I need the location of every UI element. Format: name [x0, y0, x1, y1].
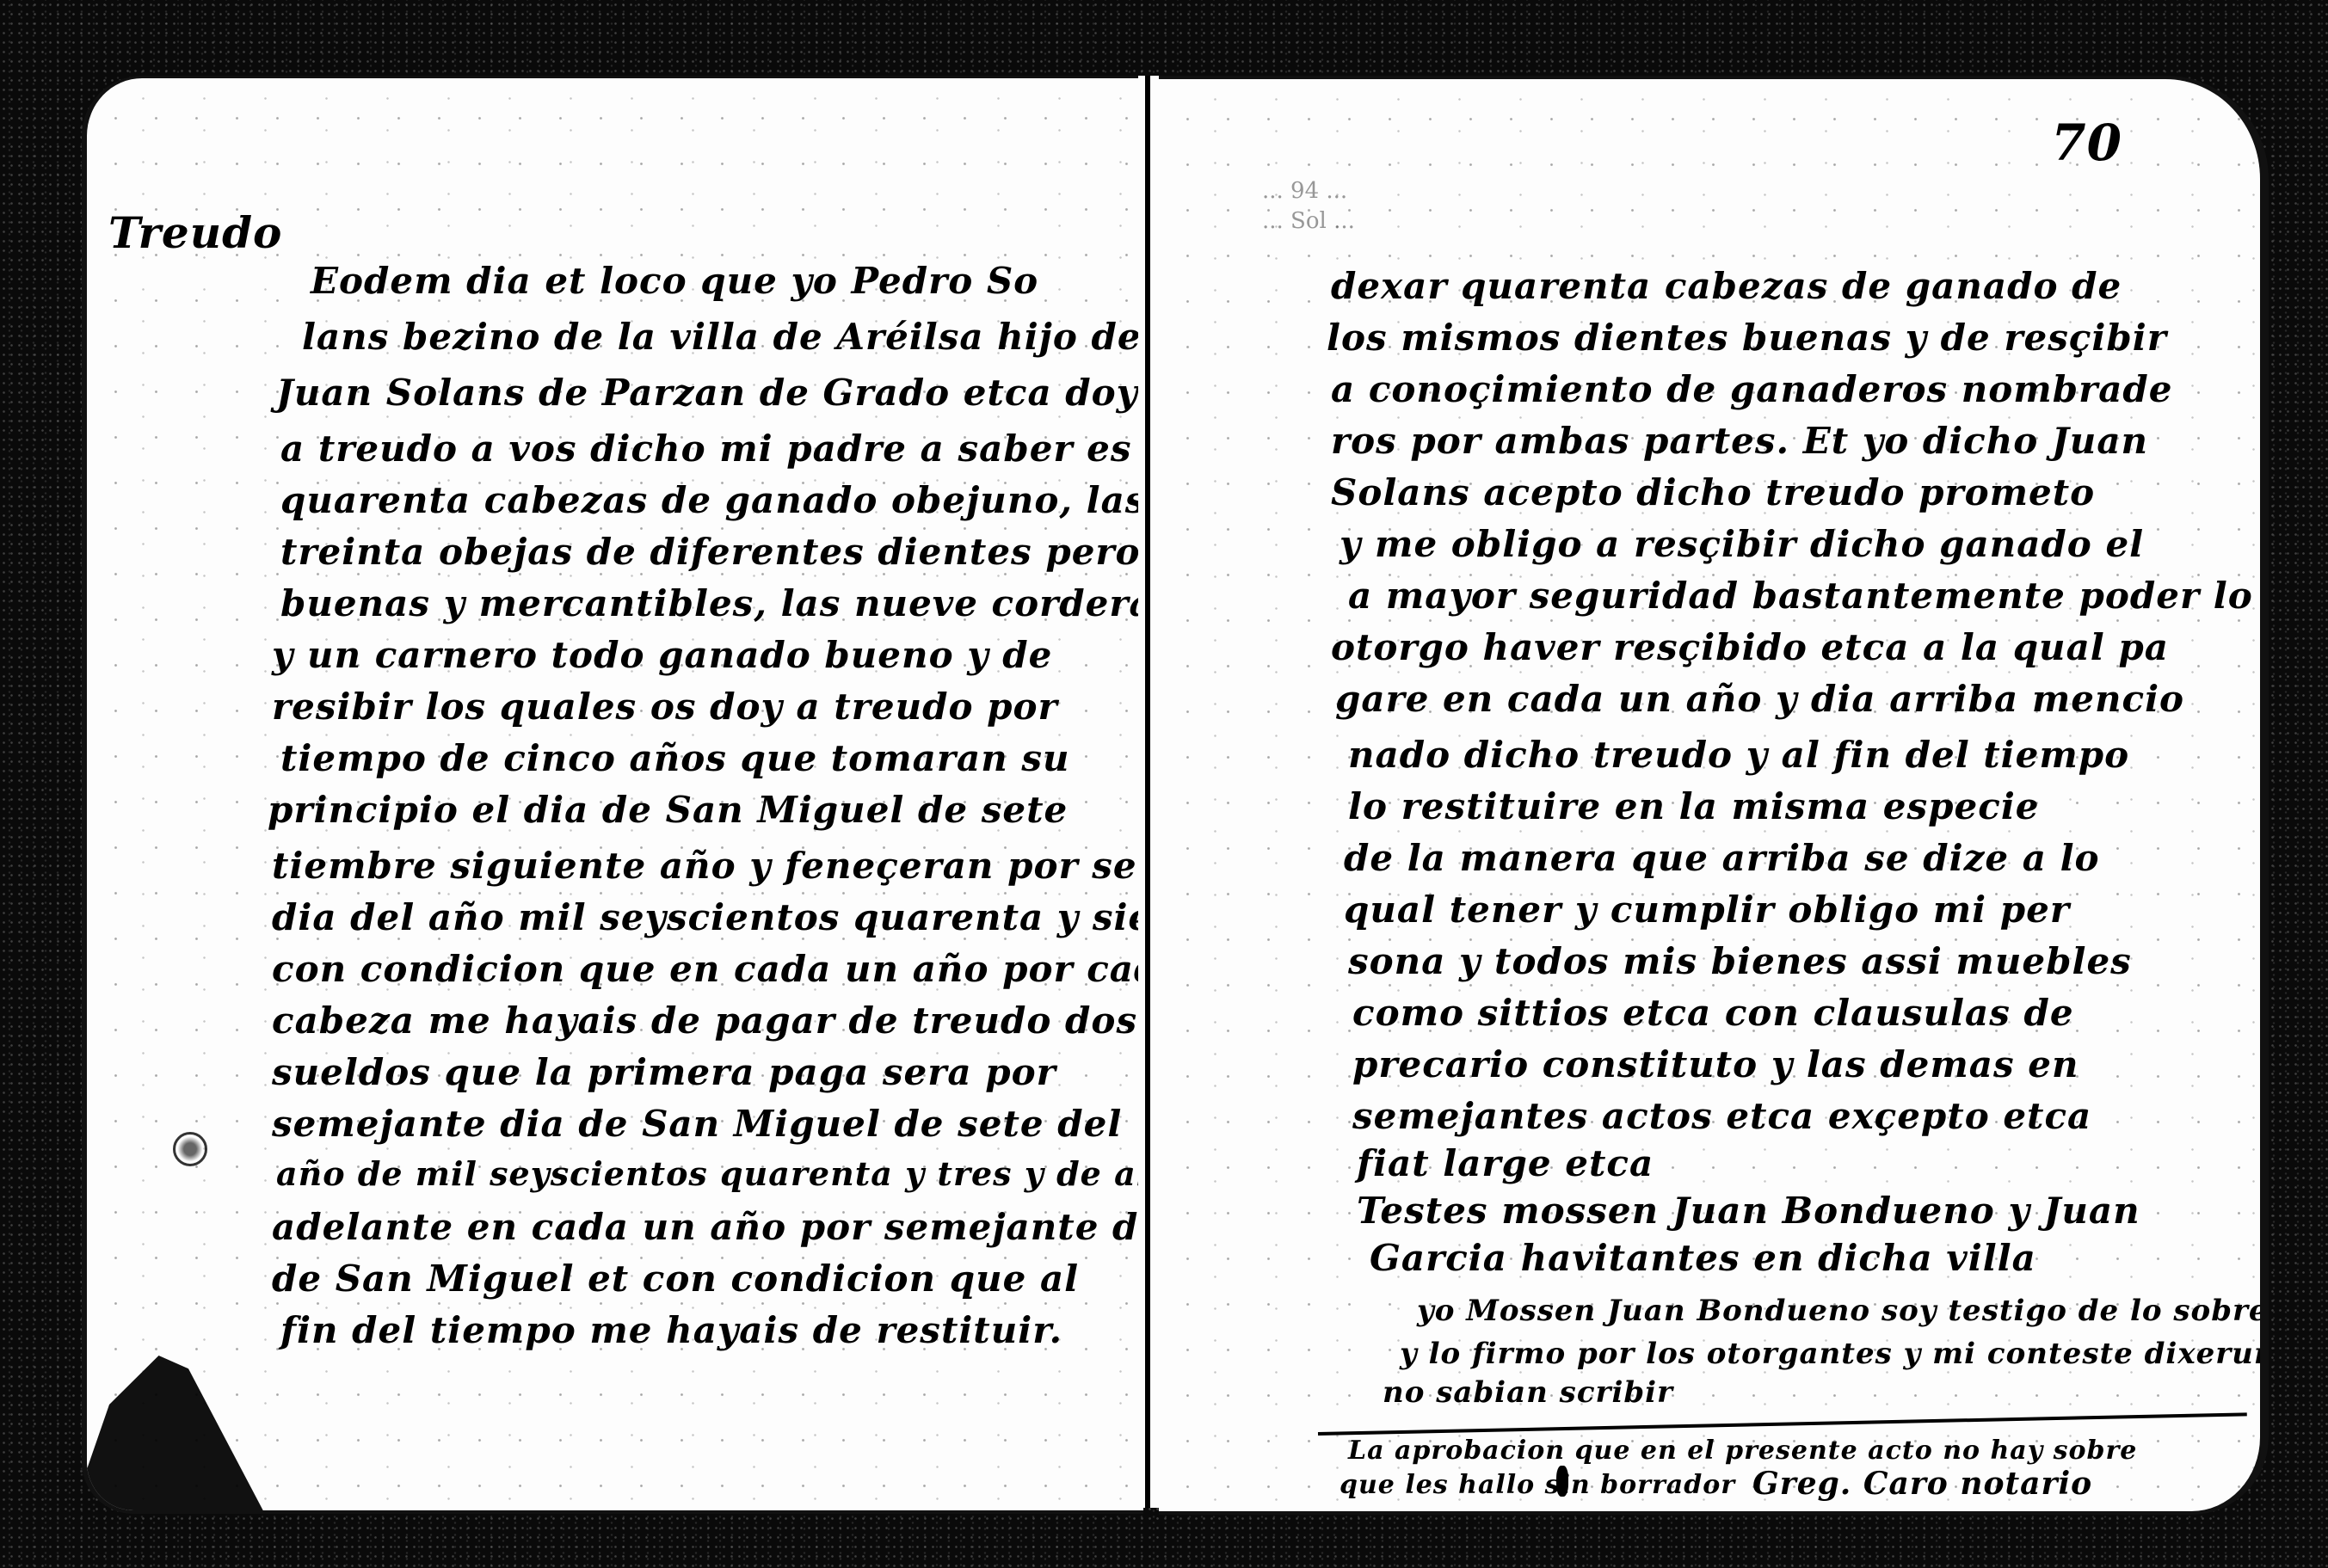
text-line: resibir los quales os doy a treudo por — [272, 689, 1058, 725]
text-line: dexar quarenta cabezas de ganado de — [1331, 268, 2122, 304]
text-line: fin del tiempo me hayais de restituir. — [280, 1313, 1062, 1349]
left-page: Treudo Eodem dia et loco que yo Pedro So… — [82, 76, 1143, 1514]
text-line: Juan Solans de Parzan de Grado etca doy — [276, 375, 1138, 411]
text-line: adelante en cada un año por semejante di… — [272, 1209, 1143, 1245]
text-line: gare en cada un año y dia arriba mencio — [1335, 681, 2184, 717]
text-line: ros por ambas partes. Et yo dicho Juan — [1331, 423, 2148, 459]
text-line: fiat large etca — [1357, 1146, 1654, 1182]
text-line: qual tener y cumplir obligo mi per — [1344, 892, 2070, 928]
text-line: como sittios etca con clausulas de — [1352, 995, 2074, 1031]
attestation-line: no sabian scribir — [1383, 1378, 1673, 1407]
ink-blot — [1556, 1466, 1568, 1497]
text-line: principio el dia de San Miguel de sete — [268, 792, 1068, 828]
text-line: y un carnero todo ganado bueno y de — [272, 637, 1052, 673]
left-page-text: Eodem dia et loco que yo Pedro So lans b… — [87, 78, 1143, 1510]
text-line: sueldos que la primera paga sera por — [272, 1055, 1056, 1091]
witnesses-line: Testes mossen Juan Bondueno y Juan — [1357, 1193, 2140, 1229]
text-line: de la manera que arriba se dize a lo — [1344, 840, 2100, 876]
text-line: a treudo a vos dicho mi padre a saber es — [280, 431, 1132, 467]
text-line: año de mil seyscientos quarenta y tres y… — [276, 1158, 1143, 1190]
text-line: treinta obejas de diferentes dientes per… — [280, 534, 1143, 570]
notary-signature: Greg. Caro notario — [1752, 1468, 2092, 1499]
footer-note: que les hallo sin borrador — [1340, 1473, 1735, 1498]
text-line: precario constituto y las demas en — [1352, 1047, 2079, 1083]
manuscript-spread: Treudo Eodem dia et loco que yo Pedro So… — [82, 76, 2267, 1508]
right-page: 70 ... 94 ... ... Sol ... dexar quarenta… — [1159, 76, 2269, 1515]
witnesses-line: Garcia havitantes en dicha villa — [1370, 1240, 2036, 1276]
text-line: nado dicho treudo y al fin del tiempo — [1348, 737, 2129, 773]
right-page-text: dexar quarenta cabezas de ganado de los … — [1159, 79, 2260, 1511]
text-line: tiempo de cinco años que tomaran su — [280, 741, 1070, 777]
text-line: dia del año mil seyscientos quarenta y s… — [272, 900, 1143, 936]
text-line: de San Miguel et con condicion que al — [272, 1261, 1079, 1297]
text-line: Solans acepto dicho treudo prometo — [1331, 475, 2095, 511]
attestation-line: y lo firmo por los otorgantes y mi conte… — [1400, 1339, 2269, 1368]
text-line: semejante dia de San Miguel de sete del — [272, 1106, 1122, 1142]
seal-mark — [173, 1132, 207, 1166]
text-line: Eodem dia et loco que yo Pedro So — [311, 263, 1038, 299]
text-line: otorgo haver resçibido etca a la qual pa — [1331, 630, 2169, 666]
text-line: y me obligo a resçibir dicho ganado el — [1340, 526, 2144, 563]
footer-note: La aprobacion que en el presente acto no… — [1348, 1438, 2137, 1464]
book-gutter — [1138, 76, 1159, 1508]
text-line: lans bezino de la villa de Aréilsa hijo … — [302, 319, 1142, 355]
text-line: buenas y mercantibles, las nueve cordera… — [280, 586, 1143, 622]
text-line: a mayor seguridad bastantemente poder lo — [1348, 578, 2253, 614]
text-line: los mismos dientes buenas y de resçibir — [1327, 320, 2167, 356]
text-line: con condicion que en cada un año por cad… — [272, 951, 1143, 987]
text-line: sona y todos mis bienes assi muebles — [1348, 944, 2132, 980]
text-line: lo restituire en la misma especie — [1348, 789, 2040, 825]
text-line: semejantes actos etca exçepto etca — [1352, 1098, 2091, 1134]
text-line: cabeza me hayais de pagar de treudo dos — [272, 1003, 1137, 1039]
binding-line — [1145, 76, 1150, 1508]
text-line: tiembre siguiente año y feneçeran por se… — [272, 848, 1143, 884]
attestation-line: yo Mossen Juan Bondueno soy testigo de l… — [1417, 1296, 2269, 1325]
text-line: quarenta cabezas de ganado obejuno, las — [280, 483, 1143, 519]
text-line: a conoçimiento de ganaderos nombrade — [1331, 372, 2173, 408]
